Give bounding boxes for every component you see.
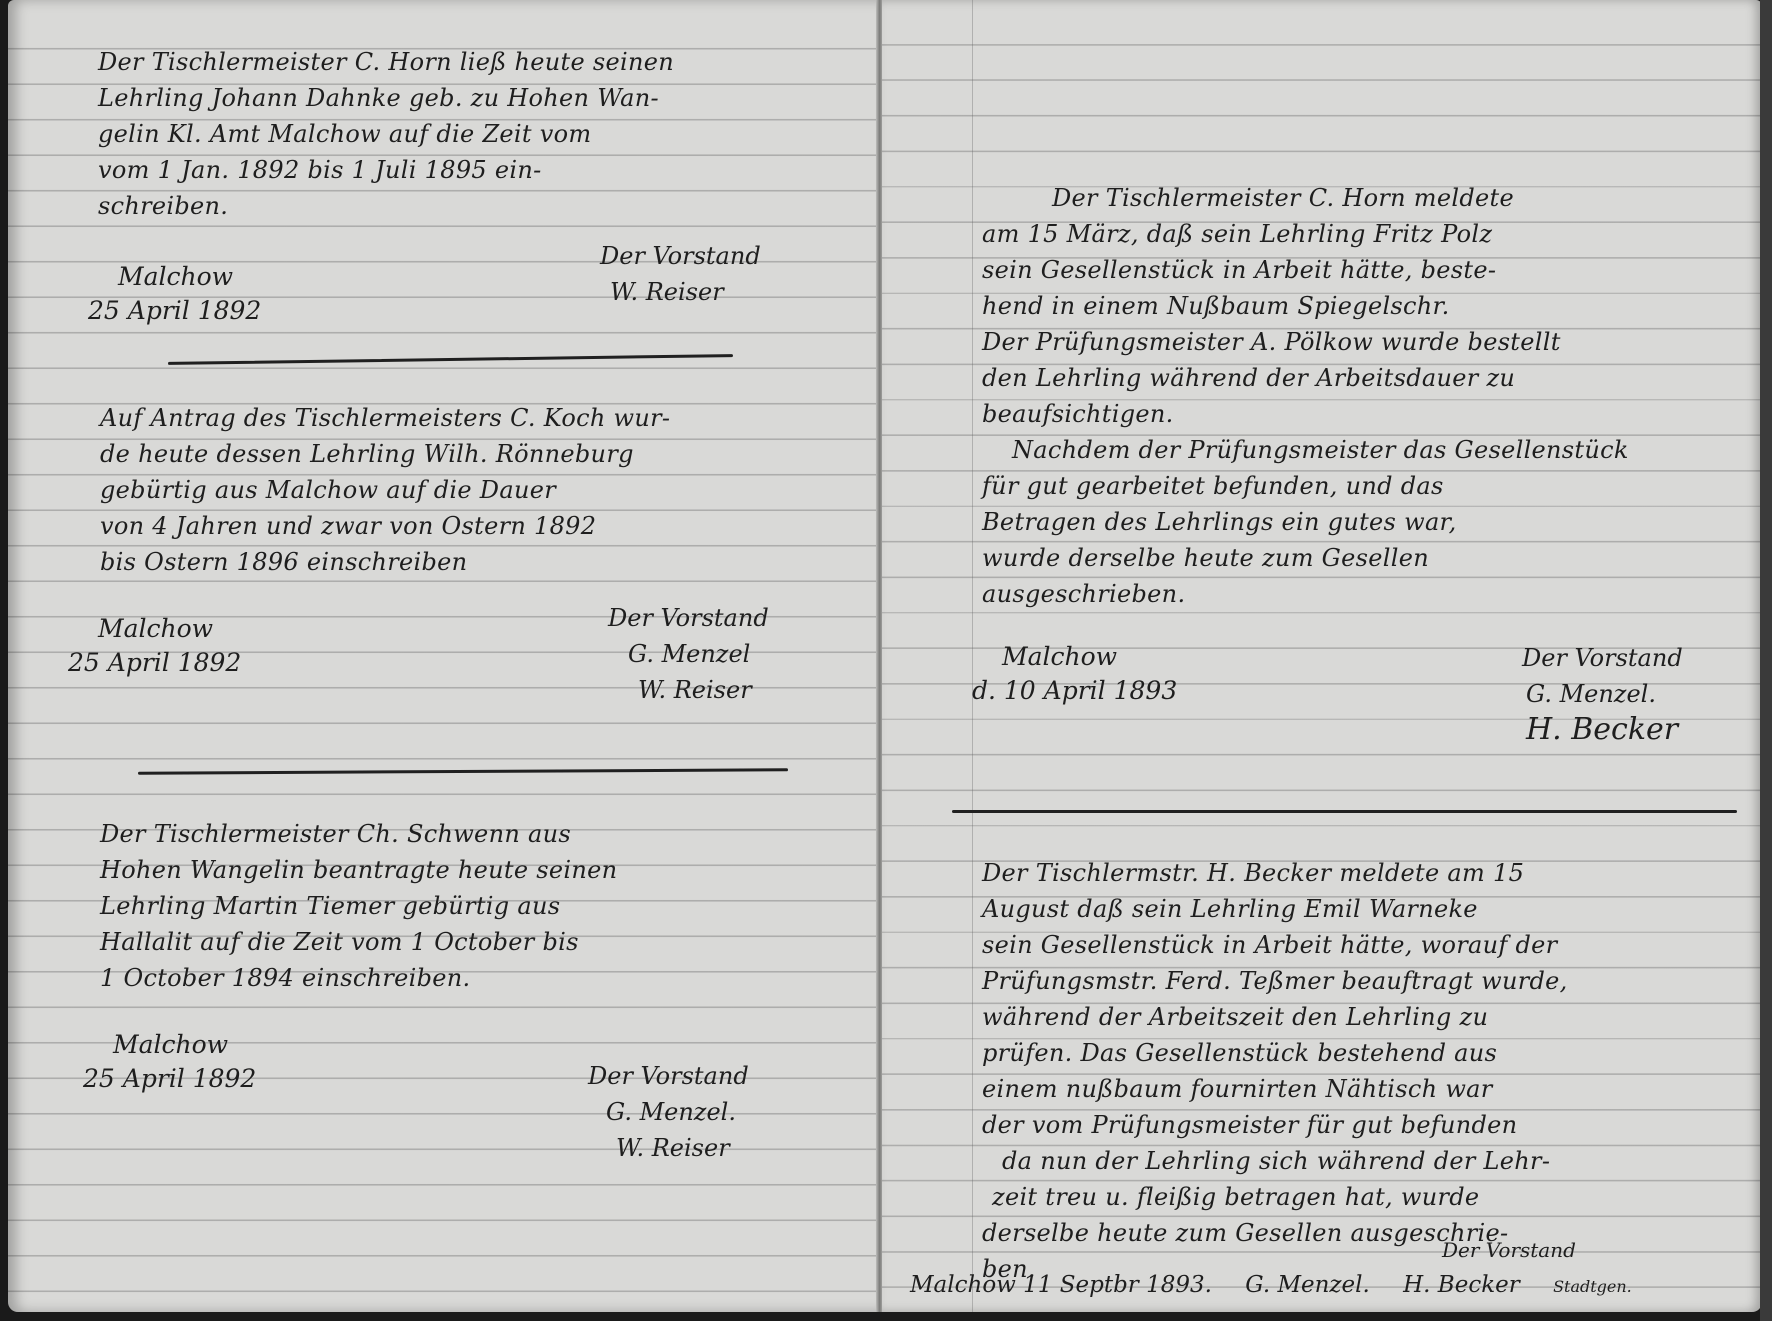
text-line: gebürtig aus Malchow auf die Dauer <box>100 472 670 508</box>
text-line: vom 1 Jan. 1892 bis 1 Juli 1895 ein- <box>98 152 674 188</box>
signature-title: Der Vorstand <box>1442 1232 1576 1268</box>
text-line: für gut gearbeitet befunden, und das <box>982 468 1629 504</box>
text-line: einem nußbaum fournirten Nähtisch war <box>982 1071 1568 1107</box>
signature-name: H. Becker <box>1522 712 1683 748</box>
entry-2-place-date: Malchow 25 April 1892 <box>68 612 241 680</box>
entry-4-signature: Der Vorstand G. Menzel. H. Becker <box>1522 640 1683 748</box>
text-line: sein Gesellenstück in Arbeit hätte, wora… <box>982 927 1568 963</box>
text-line: Hohen Wangelin beantragte heute seinen <box>100 852 617 888</box>
book-edge <box>1760 0 1772 1321</box>
text-line: Auf Antrag des Tischlermeisters C. Koch … <box>100 400 670 436</box>
entry-1-text: Der Tischlermeister C. Horn ließ heute s… <box>98 44 674 224</box>
text-line: ausgeschrieben. <box>982 576 1629 612</box>
date: 25 April 1892 <box>83 1064 256 1093</box>
entry-1-place-date: Malchow 25 April 1892 <box>88 260 261 328</box>
text-line: Der Tischlermeister Ch. Schwenn aus <box>100 816 617 852</box>
place-date: Malchow 11 Septbr 1893. <box>910 1272 1212 1298</box>
place: Malchow <box>68 612 241 646</box>
date: 25 April 1892 <box>88 296 261 325</box>
book-spread: Der Tischlermeister C. Horn ließ heute s… <box>0 0 1772 1321</box>
entry-5-footer: Malchow 11 Septbr 1893. G. Menzel. H. Be… <box>910 1272 1658 1298</box>
text-line: sein Gesellenstück in Arbeit hätte, best… <box>982 252 1629 288</box>
text-line: 1 October 1894 einschreiben. <box>100 960 617 996</box>
text-line: Der Prüfungsmeister A. Pölkow wurde best… <box>982 324 1629 360</box>
signature-name: H. Becker <box>1403 1272 1520 1298</box>
entry-5-text: Der Tischlermstr. H. Becker meldete am 1… <box>982 855 1568 1287</box>
signature-name: G. Menzel <box>608 636 769 672</box>
text-line: Betragen des Lehrlings ein gutes war, <box>982 504 1629 540</box>
text-line: gelin Kl. Amt Malchow auf die Zeit vom <box>98 116 674 152</box>
entry-1-signature: Der Vorstand W. Reiser <box>600 238 761 310</box>
entry-3-text: Der Tischlermeister Ch. Schwenn aus Hohe… <box>100 816 617 996</box>
signature-name: W. Reiser <box>600 274 761 310</box>
place: Malchow <box>88 260 261 294</box>
text-line: bis Ostern 1896 einschreiben <box>100 544 670 580</box>
text-line: hend in einem Nußbaum Spiegelschr. <box>982 288 1629 324</box>
divider-rule <box>952 810 1737 813</box>
text-line: wurde derselbe heute zum Gesellen <box>982 540 1629 576</box>
text-line: den Lehrling während der Arbeitsdauer zu <box>982 360 1629 396</box>
text-line: während der Arbeitszeit den Lehrling zu <box>982 999 1568 1035</box>
entry-4-text: Der Tischlermeister C. Horn meldete am 1… <box>982 180 1629 612</box>
text-line: Hallalit auf die Zeit vom 1 October bis <box>100 924 617 960</box>
signature-title: Der Vorstand <box>600 238 761 274</box>
text-line: Nachdem der Prüfungsmeister das Gesellen… <box>982 432 1629 468</box>
text-line: Der Tischlermstr. H. Becker meldete am 1… <box>982 855 1568 891</box>
text-line: beaufsichtigen. <box>982 396 1629 432</box>
date: d. 10 April 1893 <box>972 676 1177 705</box>
signature-name: W. Reiser <box>588 1130 749 1166</box>
signature-name: G. Menzel. <box>1522 676 1683 712</box>
text-line: Lehrling Johann Dahnke geb. zu Hohen Wan… <box>98 80 674 116</box>
text-line: der vom Prüfungsmeister für gut befunden <box>982 1107 1568 1143</box>
text-line: Lehrling Martin Tiemer gebürtig aus <box>100 888 617 924</box>
text-line: von 4 Jahren und zwar von Ostern 1892 <box>100 508 670 544</box>
entry-3-place-date: Malchow 25 April 1892 <box>83 1028 256 1096</box>
text-line: Der Tischlermeister C. Horn ließ heute s… <box>98 44 674 80</box>
right-page: Der Tischlermeister C. Horn meldete am 1… <box>882 0 1762 1312</box>
signature-title: Der Vorstand <box>588 1058 749 1094</box>
divider-rule <box>168 354 733 365</box>
text-line: schreiben. <box>98 188 674 224</box>
signature-name: Stadtgen. <box>1553 1277 1632 1296</box>
text-line: Prüfungsmstr. Ferd. Teßmer beauftragt wu… <box>982 963 1568 999</box>
left-page: Der Tischlermeister C. Horn ließ heute s… <box>8 0 880 1312</box>
signature-name: W. Reiser <box>608 672 769 708</box>
text-line: de heute dessen Lehrling Wilh. Rönneburg <box>100 436 670 472</box>
entry-4-place-date: Malchow d. 10 April 1893 <box>972 640 1177 708</box>
entry-2-text: Auf Antrag des Tischlermeisters C. Koch … <box>100 400 670 580</box>
signature-name: G. Menzel. <box>1245 1272 1370 1298</box>
date: 25 April 1892 <box>68 648 241 677</box>
entry-2-signature: Der Vorstand G. Menzel W. Reiser <box>608 600 769 708</box>
entry-3-signature: Der Vorstand G. Menzel. W. Reiser <box>588 1058 749 1166</box>
text-line: August daß sein Lehrling Emil Warneke <box>982 891 1568 927</box>
text-line: da nun der Lehrling sich während der Leh… <box>982 1143 1568 1179</box>
entry-5-signature-label: Der Vorstand <box>1442 1232 1576 1268</box>
signature-title: Der Vorstand <box>608 600 769 636</box>
text-line: zeit treu u. fleißig betragen hat, wurde <box>982 1179 1568 1215</box>
text-line: Der Tischlermeister C. Horn meldete <box>982 180 1629 216</box>
place: Malchow <box>83 1028 256 1062</box>
signature-name: G. Menzel. <box>588 1094 749 1130</box>
text-line: prüfen. Das Gesellenstück bestehend aus <box>982 1035 1568 1071</box>
signature-title: Der Vorstand <box>1522 640 1683 676</box>
place: Malchow <box>972 640 1177 674</box>
text-line: am 15 März, daß sein Lehrling Fritz Polz <box>982 216 1629 252</box>
divider-rule <box>138 768 788 774</box>
